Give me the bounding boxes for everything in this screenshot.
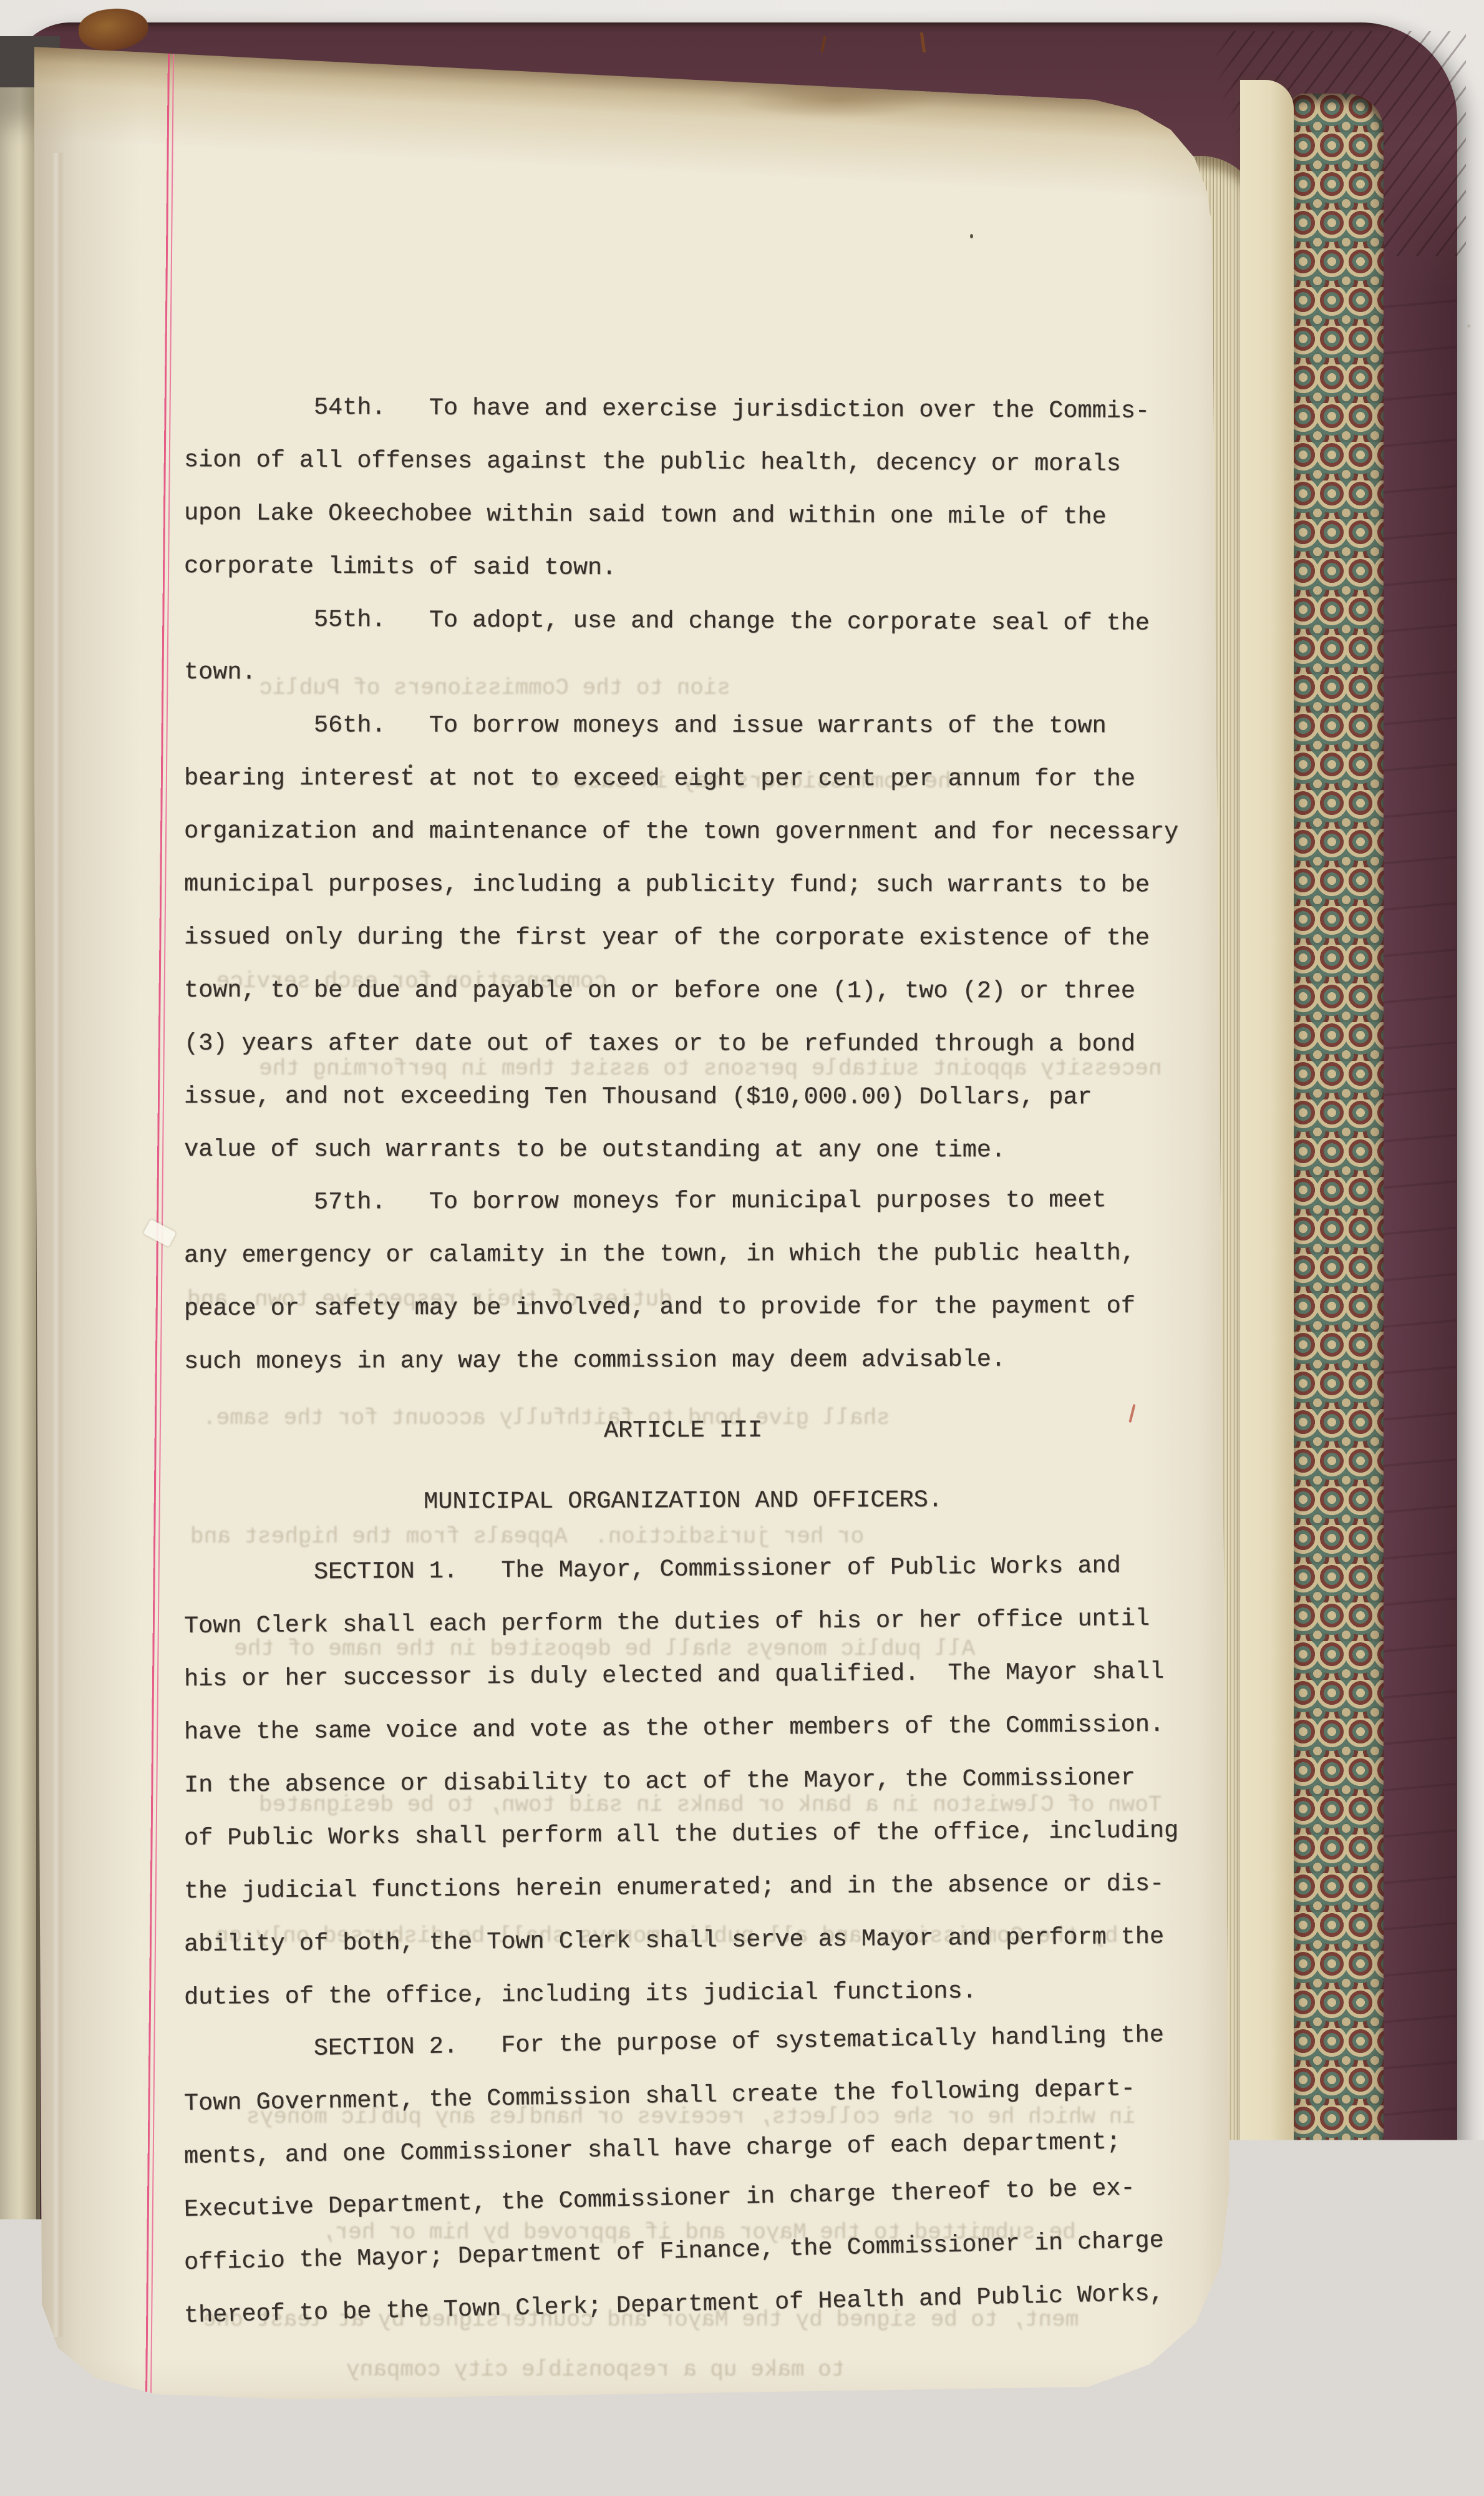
typed-line: upon Lake Okeechobee within said town an… (184, 487, 1182, 544)
typed-line: 56th. To borrow moneys and issue warrant… (184, 699, 1182, 753)
under-page-edge-bottom (115, 2394, 1248, 2439)
typed-line: have the same voice and vote as the othe… (184, 1698, 1183, 1759)
typed-line: such moneys in any way the commission ma… (184, 1333, 1182, 1388)
typed-line: 55th. To adopt, use and change the corpo… (184, 593, 1182, 650)
book-page: sion to the Commissioners of Public The … (34, 28, 1235, 2427)
typed-line: his or her successor is duly elected and… (184, 1645, 1183, 1706)
typed-line: (3) years after date out of taxes or to … (184, 1017, 1182, 1071)
typed-line: issued only during the first year of the… (184, 911, 1182, 965)
typed-line: ability of both, the Town Clerk shall se… (184, 1910, 1183, 1971)
scanned-book-page-photo: sion to the Commissioners of Public The … (0, 0, 1484, 2496)
typed-line: issue, and not exceeding Ten Thousand ($… (184, 1070, 1182, 1124)
typed-line: municipal purposes, including a publicit… (184, 858, 1182, 912)
dust-speck (1467, 324, 1470, 328)
leather-hinge-creases (1382, 262, 1457, 2196)
section-1-line: SECTION 1. The Mayor, Commissioner of Pu… (184, 1539, 1183, 1600)
typed-line: 57th. To borrow moneys for municipal pur… (184, 1174, 1182, 1229)
typed-line: value of such warrants to be outstanding… (184, 1123, 1182, 1177)
article-heading: ARTICLE III (184, 1402, 1182, 1459)
typed-line: corporate limits of said town. (184, 540, 1182, 597)
ink-speck (409, 764, 412, 768)
facing-page-edge (0, 87, 40, 2451)
marbled-fore-edge (1289, 94, 1384, 2416)
typed-line: Town Clerk shall each perform the duties… (184, 1592, 1183, 1653)
typed-line: town, to be due and payable on or before… (184, 964, 1182, 1018)
typed-text-block: 54th. To have and exercise jurisdiction … (184, 381, 1182, 2342)
typed-line: bearing interest at not to exceed eight … (184, 752, 1182, 806)
typed-line: town. (184, 646, 1182, 703)
typed-line: any emergency or calamity in the town, i… (184, 1227, 1182, 1282)
typed-line: In the absence or disability to act of t… (184, 1751, 1183, 1812)
ink-speck (970, 234, 973, 238)
typed-line: the judicial functions herein enumerated… (184, 1857, 1183, 1918)
typed-line: of Public Works shall perform all the du… (184, 1804, 1183, 1865)
typed-line: organization and maintenance of the town… (184, 805, 1182, 859)
typed-line: 54th. To have and exercise jurisdiction … (184, 381, 1182, 438)
bleed-through-text: to make up a responsible city company (346, 2359, 845, 2381)
typed-line: sion of all offenses against the public … (184, 434, 1182, 491)
officers-heading: MUNICIPAL ORGANIZATION AND OFFICERS. (184, 1473, 1182, 1529)
typed-line: peace or safety may be involved, and to … (184, 1280, 1182, 1335)
dust-speck (1461, 673, 1463, 675)
page-fold-highlight (52, 153, 64, 2337)
under-page-edge-right (1240, 80, 1294, 2444)
